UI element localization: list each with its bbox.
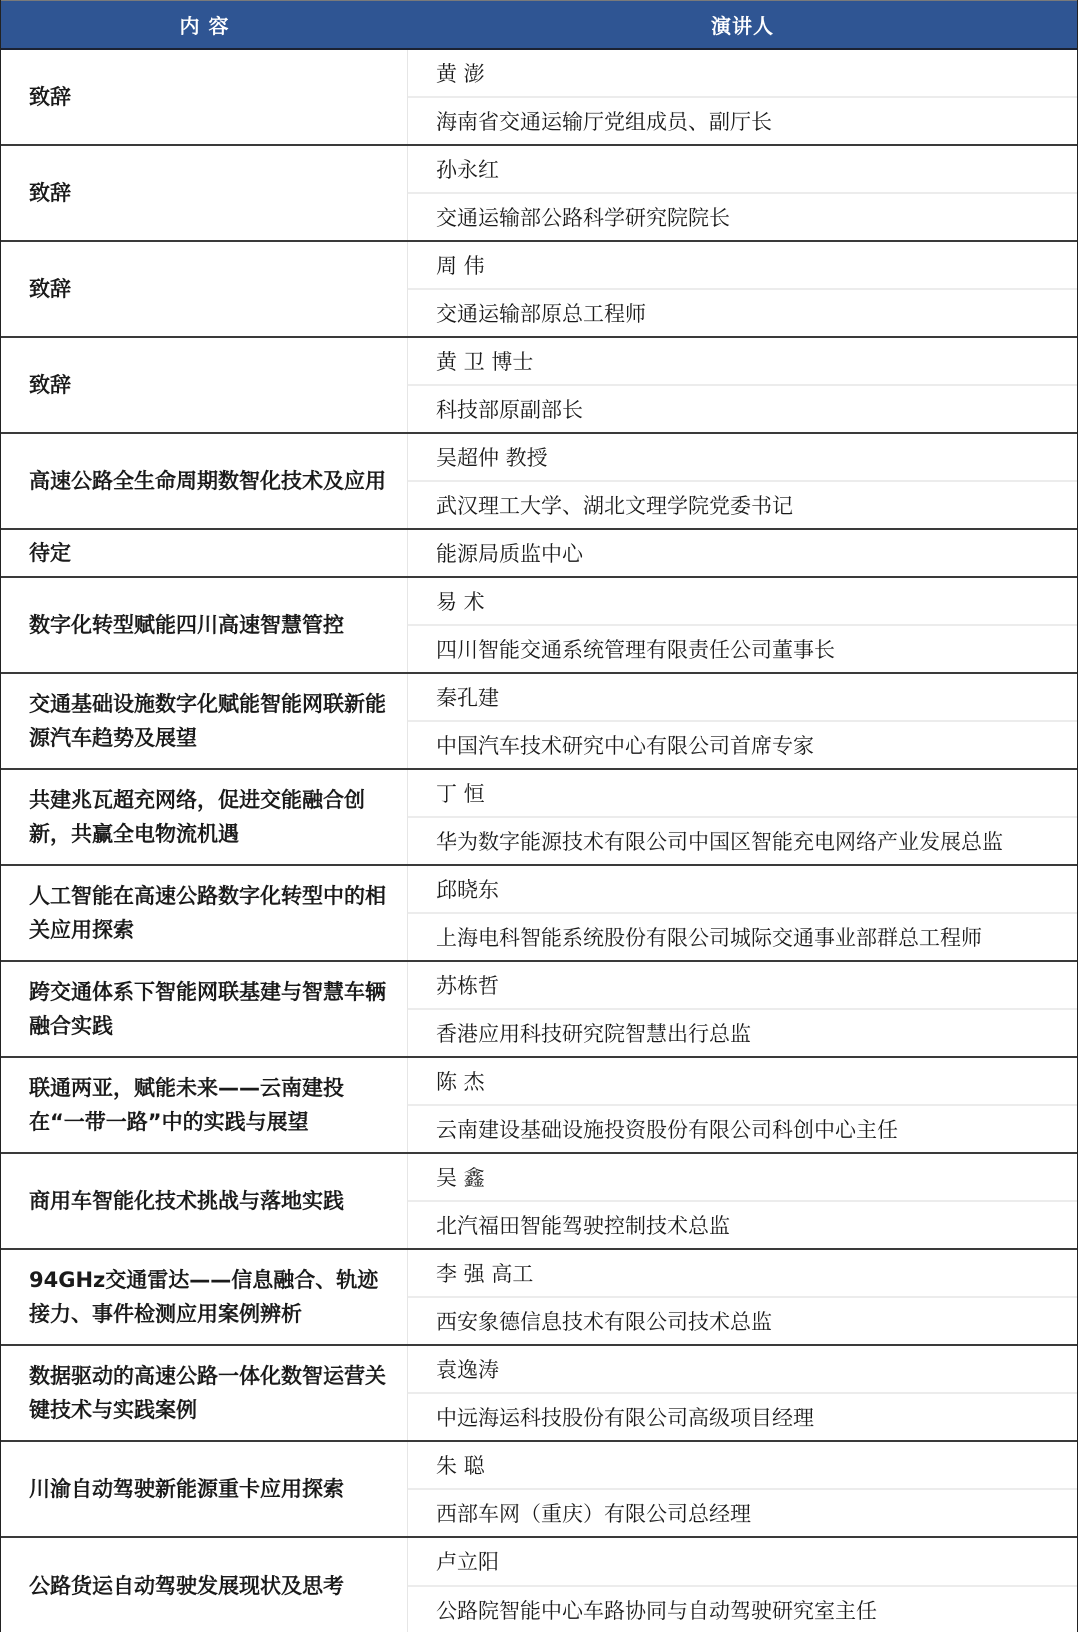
speaker-cell: 苏栋哲 香港应用科技研究院智慧出行总监 bbox=[408, 962, 1077, 1056]
table-row: 川渝自动驾驶新能源重卡应用探索 朱 聪 西部车网（重庆）有限公司总经理 bbox=[1, 1442, 1077, 1538]
speaker-name: 苏栋哲 bbox=[408, 962, 1077, 1010]
speaker-name: 黄 卫 博士 bbox=[408, 338, 1077, 386]
speaker-title: 中国汽车技术研究中心有限公司首席专家 bbox=[408, 722, 1077, 768]
speaker-title: 香港应用科技研究院智慧出行总监 bbox=[408, 1010, 1077, 1056]
topic-cell: 川渝自动驾驶新能源重卡应用探索 bbox=[1, 1442, 408, 1536]
speaker-name: 袁逸涛 bbox=[408, 1346, 1077, 1394]
table-row: 跨交通体系下智能网联基建与智慧车辆融合实践 苏栋哲 香港应用科技研究院智慧出行总… bbox=[1, 962, 1077, 1058]
topic-cell: 跨交通体系下智能网联基建与智慧车辆融合实践 bbox=[1, 962, 408, 1056]
topic-cell: 人工智能在高速公路数字化转型中的相关应用探索 bbox=[1, 866, 408, 960]
speaker-cell: 孙永红 交通运输部公路科学研究院院长 bbox=[408, 146, 1077, 240]
speaker-cell: 吴超仲 教授 武汉理工大学、湖北文理学院党委书记 bbox=[408, 434, 1077, 528]
topic-cell: 致辞 bbox=[1, 50, 408, 144]
speaker-name: 丁 恒 bbox=[408, 770, 1077, 818]
topic-cell: 交通基础设施数字化赋能智能网联新能源汽车趋势及展望 bbox=[1, 674, 408, 768]
speaker-name: 吴超仲 教授 bbox=[408, 434, 1077, 482]
speaker-name: 易 术 bbox=[408, 578, 1077, 626]
speaker-cell: 丁 恒 华为数字能源技术有限公司中国区智能充电网络产业发展总监 bbox=[408, 770, 1077, 864]
table-row: 数据驱动的高速公路一体化数智运营关键技术与实践案例 袁逸涛 中远海运科技股份有限… bbox=[1, 1346, 1077, 1442]
topic-cell: 致辞 bbox=[1, 146, 408, 240]
speaker-name: 黄 澎 bbox=[408, 50, 1077, 98]
speaker-name: 朱 聪 bbox=[408, 1442, 1077, 1490]
topic-cell: 联通两亚，赋能未来——云南建投在“一带一路”中的实践与展望 bbox=[1, 1058, 408, 1152]
table-header: 内 容 演讲人 bbox=[1, 0, 1077, 50]
speaker-title: 交通运输部公路科学研究院院长 bbox=[408, 194, 1077, 240]
speaker-name: 陈 杰 bbox=[408, 1058, 1077, 1106]
table-row: 高速公路全生命周期数智化技术及应用 吴超仲 教授 武汉理工大学、湖北文理学院党委… bbox=[1, 434, 1077, 530]
topic-cell: 数字化转型赋能四川高速智慧管控 bbox=[1, 578, 408, 672]
speaker-name: 能源局质监中心 bbox=[408, 530, 1077, 576]
speaker-name: 孙永红 bbox=[408, 146, 1077, 194]
topic-cell: 共建兆瓦超充网络，促进交能融合创新，共赢全电物流机遇 bbox=[1, 770, 408, 864]
table-row: 致辞 黄 卫 博士 科技部原副部长 bbox=[1, 338, 1077, 434]
table-row: 共建兆瓦超充网络，促进交能融合创新，共赢全电物流机遇 丁 恒 华为数字能源技术有… bbox=[1, 770, 1077, 866]
table-row: 交通基础设施数字化赋能智能网联新能源汽车趋势及展望 秦孔建 中国汽车技术研究中心… bbox=[1, 674, 1077, 770]
header-content: 内 容 bbox=[1, 1, 408, 48]
speaker-cell: 吴 鑫 北汽福田智能驾驶控制技术总监 bbox=[408, 1154, 1077, 1248]
speaker-title: 西安象德信息技术有限公司技术总监 bbox=[408, 1298, 1077, 1344]
speaker-cell: 卢立阳 公路院智能中心车路协同与自动驾驶研究室主任 bbox=[408, 1538, 1077, 1632]
speaker-name: 秦孔建 bbox=[408, 674, 1077, 722]
speaker-title: 四川智能交通系统管理有限责任公司董事长 bbox=[408, 626, 1077, 672]
speaker-cell: 周 伟 交通运输部原总工程师 bbox=[408, 242, 1077, 336]
topic-cell: 致辞 bbox=[1, 242, 408, 336]
speaker-title: 交通运输部原总工程师 bbox=[408, 290, 1077, 336]
topic-cell: 高速公路全生命周期数智化技术及应用 bbox=[1, 434, 408, 528]
speaker-name: 李 强 高工 bbox=[408, 1250, 1077, 1298]
topic-cell: 公路货运自动驾驶发展现状及思考 bbox=[1, 1538, 408, 1632]
table-row: 94GHz交通雷达——信息融合、轨迹接力、事件检测应用案例辨析 李 强 高工 西… bbox=[1, 1250, 1077, 1346]
table-row: 待定 能源局质监中心 bbox=[1, 530, 1077, 578]
table-row: 数字化转型赋能四川高速智慧管控 易 术 四川智能交通系统管理有限责任公司董事长 bbox=[1, 578, 1077, 674]
topic-cell: 94GHz交通雷达——信息融合、轨迹接力、事件检测应用案例辨析 bbox=[1, 1250, 408, 1344]
speaker-title: 中远海运科技股份有限公司高级项目经理 bbox=[408, 1394, 1077, 1440]
speaker-cell: 邱晓东 上海电科智能系统股份有限公司城际交通事业部群总工程师 bbox=[408, 866, 1077, 960]
speaker-title: 公路院智能中心车路协同与自动驾驶研究室主任 bbox=[408, 1587, 1077, 1632]
speaker-title: 华为数字能源技术有限公司中国区智能充电网络产业发展总监 bbox=[408, 818, 1077, 864]
topic-cell: 商用车智能化技术挑战与落地实践 bbox=[1, 1154, 408, 1248]
table-row: 联通两亚，赋能未来——云南建投在“一带一路”中的实践与展望 陈 杰 云南建设基础… bbox=[1, 1058, 1077, 1154]
speaker-title: 上海电科智能系统股份有限公司城际交通事业部群总工程师 bbox=[408, 914, 1077, 960]
topic-cell: 数据驱动的高速公路一体化数智运营关键技术与实践案例 bbox=[1, 1346, 408, 1440]
speaker-cell: 黄 澎 海南省交通运输厅党组成员、副厅长 bbox=[408, 50, 1077, 144]
table-row: 公路货运自动驾驶发展现状及思考 卢立阳 公路院智能中心车路协同与自动驾驶研究室主… bbox=[1, 1538, 1077, 1632]
speaker-title: 科技部原副部长 bbox=[408, 386, 1077, 432]
speaker-cell: 能源局质监中心 bbox=[408, 530, 1077, 576]
agenda-table: 内 容 演讲人 致辞 黄 澎 海南省交通运输厅党组成员、副厅长 致辞 孙永红 交… bbox=[0, 0, 1078, 1632]
speaker-title: 云南建设基础设施投资股份有限公司科创中心主任 bbox=[408, 1106, 1077, 1152]
speaker-cell: 李 强 高工 西安象德信息技术有限公司技术总监 bbox=[408, 1250, 1077, 1344]
table-row: 致辞 孙永红 交通运输部公路科学研究院院长 bbox=[1, 146, 1077, 242]
header-speaker: 演讲人 bbox=[408, 1, 1077, 48]
speaker-name: 卢立阳 bbox=[408, 1538, 1077, 1587]
speaker-title: 西部车网（重庆）有限公司总经理 bbox=[408, 1490, 1077, 1536]
speaker-cell: 易 术 四川智能交通系统管理有限责任公司董事长 bbox=[408, 578, 1077, 672]
speaker-title: 北汽福田智能驾驶控制技术总监 bbox=[408, 1202, 1077, 1248]
topic-cell: 致辞 bbox=[1, 338, 408, 432]
speaker-cell: 陈 杰 云南建设基础设施投资股份有限公司科创中心主任 bbox=[408, 1058, 1077, 1152]
speaker-cell: 秦孔建 中国汽车技术研究中心有限公司首席专家 bbox=[408, 674, 1077, 768]
table-row: 致辞 周 伟 交通运输部原总工程师 bbox=[1, 242, 1077, 338]
speaker-cell: 朱 聪 西部车网（重庆）有限公司总经理 bbox=[408, 1442, 1077, 1536]
speaker-cell: 袁逸涛 中远海运科技股份有限公司高级项目经理 bbox=[408, 1346, 1077, 1440]
speaker-name: 邱晓东 bbox=[408, 866, 1077, 914]
table-row: 商用车智能化技术挑战与落地实践 吴 鑫 北汽福田智能驾驶控制技术总监 bbox=[1, 1154, 1077, 1250]
topic-cell: 待定 bbox=[1, 530, 408, 576]
speaker-title: 武汉理工大学、湖北文理学院党委书记 bbox=[408, 482, 1077, 528]
table-row: 致辞 黄 澎 海南省交通运输厅党组成员、副厅长 bbox=[1, 50, 1077, 146]
speaker-name: 吴 鑫 bbox=[408, 1154, 1077, 1202]
speaker-cell: 黄 卫 博士 科技部原副部长 bbox=[408, 338, 1077, 432]
speaker-title: 海南省交通运输厅党组成员、副厅长 bbox=[408, 98, 1077, 144]
speaker-name: 周 伟 bbox=[408, 242, 1077, 290]
table-row: 人工智能在高速公路数字化转型中的相关应用探索 邱晓东 上海电科智能系统股份有限公… bbox=[1, 866, 1077, 962]
